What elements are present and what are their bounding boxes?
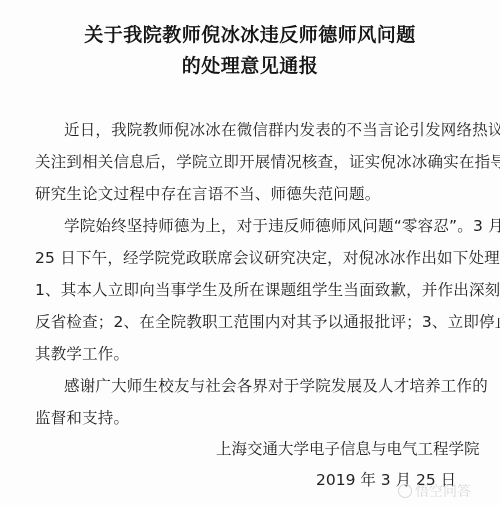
paragraph-line: 学院始终坚持师德为上，对于违反师德师风问题“零容忍”。3 月 <box>64 214 500 236</box>
paragraph-line: 反省检查；2、在全院教职工范围内对其予以通报批评；3、立即停止 <box>35 310 500 332</box>
paragraph-line: 研究生论文过程中存在言语不当、师德失范问题。 <box>35 182 380 204</box>
document-title-line-1: 关于我院教师倪冰冰违反师德师风问题 <box>0 20 500 47</box>
paragraph-line: 关注到相关信息后，学院立即开展情况核查，证实倪冰冰确实在指导 <box>35 150 500 172</box>
signature: 上海交通大学电子信息与电气工程学院 <box>216 437 480 459</box>
document-title-line-2: 的处理意见通报 <box>0 51 500 78</box>
paragraph-line: 近日，我院教师倪冰冰在微信群内发表的不当言论引发网络热议。 <box>64 118 500 140</box>
paragraph-line: 25 日下午，经学院党政联席会议研究决定，对倪冰冰作出如下处理： <box>35 246 500 268</box>
paragraph-line: 监督和支持。 <box>35 406 129 428</box>
paragraph-line: 其教学工作。 <box>35 342 129 364</box>
watermark: 悟空问答 <box>398 481 471 501</box>
watermark-text: 悟空问答 <box>415 481 471 501</box>
paragraph-line: 1、其本人立即向当事学生及所在课题组学生当面致歉，并作出深刻 <box>35 278 500 300</box>
wukong-logo-icon <box>398 484 412 498</box>
paragraph-line: 感谢广大师生校友与社会各界对于学院发展及人才培养工作的 <box>64 374 488 396</box>
